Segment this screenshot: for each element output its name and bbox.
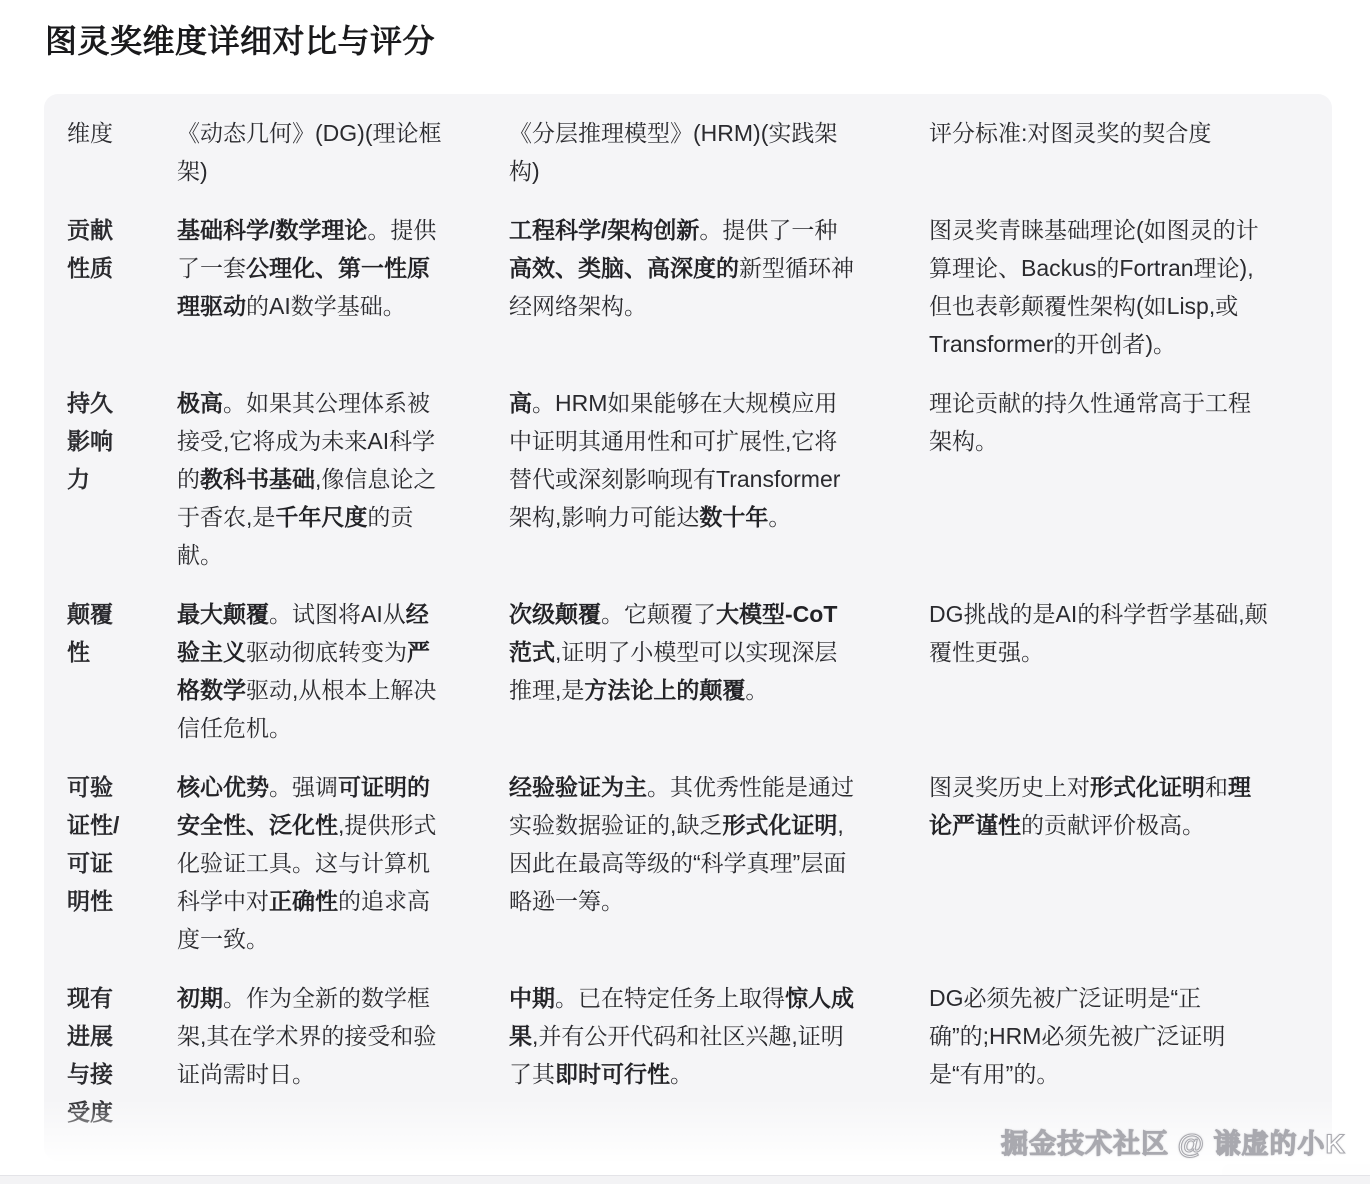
text-segment: 理论贡献的持久性通常高于工程架构。 xyxy=(929,390,1251,454)
text-segment: 。 xyxy=(768,504,791,530)
score-cell: 理论贡献的持久性通常高于工程架构。 xyxy=(929,384,1332,574)
text-segment: 的贡献评价极高。 xyxy=(1021,812,1205,838)
bold-text-segment: 最大颠覆 xyxy=(177,601,269,627)
hrm-cell: 次级颠覆。它颠覆了大模型-CoT范式,证明了小模型可以实现深层推理,是方法论上的… xyxy=(509,595,929,747)
watermark: 掘金技术社区 @ 谦虚的小K xyxy=(1001,1122,1346,1161)
bold-text-segment: 形式化证明 xyxy=(1090,774,1205,800)
comparison-table-card: 维度《动态几何》(DG)(理论框架)《分层推理模型》(HRM)(实践架构)评分标… xyxy=(44,94,1332,1161)
dg-cell: 基础科学/数学理论。提供了一套公理化、第一性原理驱动的AI数学基础。 xyxy=(177,211,509,363)
text-segment: 。它颠覆了 xyxy=(601,601,716,627)
score-cell: 图灵奖青睐基础理论(如图灵的计算理论、Backus的Fortran理论),但也表… xyxy=(929,211,1332,363)
bold-text-segment: 核心优势 xyxy=(177,774,269,800)
text-segment: 。试图将AI从 xyxy=(269,601,406,627)
score-cell: DG必须先被广泛证明是“正确”的;HRM必须先被广泛证明是“有用”的。 xyxy=(929,979,1332,1131)
bold-text-segment: 次级颠覆 xyxy=(509,601,601,627)
column-header-2: 《分层推理模型》(HRM)(实践架构) xyxy=(509,114,929,190)
text-segment: 。强调 xyxy=(269,774,338,800)
text-segment: DG必须先被广泛证明是“正确”的;HRM必须先被广泛证明是“有用”的。 xyxy=(929,985,1225,1087)
bold-text-segment: 形式化证明 xyxy=(722,812,837,838)
bold-text-segment: 数十年 xyxy=(699,504,768,530)
column-header-3: 评分标准:对图灵奖的契合度 xyxy=(929,114,1332,190)
dg-cell: 核心优势。强调可证明的安全性、泛化性,提供形式化验证工具。这与计算机科学中对正确… xyxy=(177,768,509,958)
hrm-cell: 经验验证为主。其优秀性能是通过实验数据验证的,缺乏形式化证明,因此在最高等级的“… xyxy=(509,768,929,958)
bold-text-segment: 即时可行性 xyxy=(555,1061,670,1087)
bold-text-segment: 高效、类脑、高深度的 xyxy=(509,255,739,281)
text-segment: 驱动彻底转变为 xyxy=(246,639,407,665)
bold-text-segment: 经验验证为主 xyxy=(509,774,647,800)
bottom-strip xyxy=(0,1176,1370,1184)
bold-text-segment: 方法论上的颠覆 xyxy=(584,677,745,703)
text-segment: 。已在特定任务上取得 xyxy=(555,985,785,1011)
text-segment: 图灵奖青睐基础理论(如图灵的计算理论、Backus的Fortran理论),但也表… xyxy=(929,217,1259,357)
bold-text-segment: 初期 xyxy=(177,985,223,1011)
bold-text-segment: 中期 xyxy=(509,985,555,1011)
hrm-cell: 高。HRM如果能够在大规模应用中证明其通用性和可扩展性,它将替代或深刻影响现有T… xyxy=(509,384,929,574)
dimension-label: 颠覆性 xyxy=(67,595,125,747)
text-segment: 和 xyxy=(1205,774,1228,800)
text-segment: 。 xyxy=(670,1061,693,1087)
text-segment: 的AI数学基础。 xyxy=(246,293,406,319)
bold-text-segment: 极高 xyxy=(177,390,223,416)
bold-text-segment: 千年尺度 xyxy=(275,504,367,530)
dimension-label: 持久影响力 xyxy=(67,384,125,574)
text-segment: 。提供了一种 xyxy=(699,217,837,243)
bold-text-segment: 基础科学/数学理论 xyxy=(177,217,367,243)
dimension-label: 现有进展与接受度 xyxy=(67,979,125,1131)
hrm-cell: 工程科学/架构创新。提供了一种高效、类脑、高深度的新型循环神经网络架构。 xyxy=(509,211,929,363)
column-header-0: 维度 xyxy=(67,114,177,190)
dimension-label: 贡献性质 xyxy=(67,211,125,363)
text-segment: 。 xyxy=(745,677,768,703)
score-cell: 图灵奖历史上对形式化证明和理论严谨性的贡献评价极高。 xyxy=(929,768,1332,958)
bold-text-segment: 高 xyxy=(509,390,532,416)
dg-cell: 极高。如果其公理体系被接受,它将成为未来AI科学的教科书基础,像信息论之于香农,… xyxy=(177,384,509,574)
page: 图灵奖维度详细对比与评分 维度《动态几何》(DG)(理论框架)《分层推理模型》(… xyxy=(0,0,1370,1184)
bold-text-segment: 教科书基础 xyxy=(200,466,315,492)
score-cell: DG挑战的是AI的科学哲学基础,颠覆性更强。 xyxy=(929,595,1332,747)
column-header-1: 《动态几何》(DG)(理论框架) xyxy=(177,114,509,190)
text-segment: 图灵奖历史上对 xyxy=(929,774,1090,800)
hrm-cell: 中期。已在特定任务上取得惊人成果,并有公开代码和社区兴趣,证明了其即时可行性。 xyxy=(509,979,929,1131)
page-title: 图灵奖维度详细对比与评分 xyxy=(45,16,435,62)
bold-text-segment: 工程科学/架构创新 xyxy=(509,217,699,243)
dimension-label: 可验证性/可证明性 xyxy=(67,768,125,958)
bold-text-segment: 正确性 xyxy=(269,888,338,914)
comparison-table: 维度《动态几何》(DG)(理论框架)《分层推理模型》(HRM)(实践架构)评分标… xyxy=(44,94,1332,1161)
text-segment: DG挑战的是AI的科学哲学基础,颠覆性更强。 xyxy=(929,601,1268,665)
dg-cell: 最大颠覆。试图将AI从经验主义驱动彻底转变为严格数学驱动,从根本上解决信任危机。 xyxy=(177,595,509,747)
dg-cell: 初期。作为全新的数学框架,其在学术界的接受和验证尚需时日。 xyxy=(177,979,509,1131)
